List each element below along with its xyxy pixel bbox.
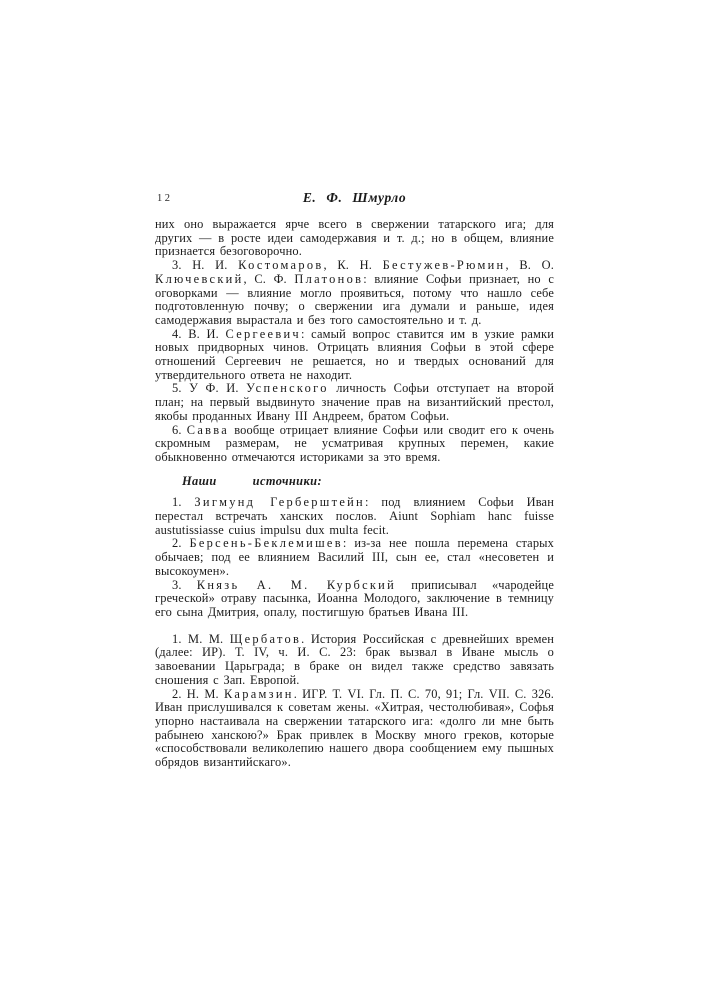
text-run: 5. У Ф. И. [172,381,246,395]
paragraph: них оно выражается ярче всего в свержени… [155,218,554,259]
section-heading: Нашиисточники: [155,475,554,489]
emphasized-name: Савва [187,423,229,437]
emphasized-name: Ключевский [155,272,244,286]
emphasized-name: Щербатов [230,632,301,646]
emphasized-name: Бестужев-Рюмин [383,258,506,272]
paragraph: 6. Савва вообще отрицает влияние Софьи и… [155,424,554,465]
page-body: них оно выражается ярче всего в свержени… [155,218,554,770]
page-number: 12 [157,193,173,204]
paragraph: 3. Князь А. М. Курбский приписывал «чаро… [155,579,554,620]
text-run: 3. [172,578,197,592]
emphasized-name: Зигмунд Герберштейн [194,495,365,509]
paragraph: 1. Зигмунд Герберштейн: под влиянием Соф… [155,496,554,537]
emphasized-name: Костомаров [238,258,323,272]
emphasized-name: Берсень-Беклемишев [189,536,342,550]
text-run: 4. В. И. [172,327,225,341]
text-run: , В. О. [506,258,555,272]
emphasized-name: Успенского [246,381,329,395]
text-run: , С. Ф. [244,272,295,286]
paragraph: 3. Н. И. Костомаров, К. Н. Бестужев-Рюми… [155,259,554,328]
text-run: 6. [172,423,187,437]
emphasized-name: Сергеевич [225,327,300,341]
emphasized-name: Карамзин [224,687,294,701]
heading-word: Наши [182,474,217,488]
running-header-author: Е. Ф. Шмурло [155,190,554,206]
text-run: 2. Н. М. [172,687,224,701]
text-run: , К. Н. [324,258,383,272]
running-header: 12 Е. Ф. Шмурло [155,190,554,208]
paragraph: 5. У Ф. И. Успенского личность Софьи отс… [155,382,554,423]
text-run: 2. [172,536,189,550]
text-run: 3. Н. И. [172,258,238,272]
heading-word: источники: [253,474,322,488]
book-page: 12 Е. Ф. Шмурло них оно выражается ярче … [0,0,707,1000]
paragraph: 1. М. М. Щербатов. История Российская с … [155,633,554,688]
paragraph: 2. Берсень-Беклемишев: из-за нее пошла п… [155,537,554,578]
emphasized-name: Платонов [294,272,363,286]
paragraph: 2. Н. М. Карамзин. ИГР. Т. VI. Гл. П. С.… [155,688,554,770]
text-run: 1. М. М. [172,632,230,646]
emphasized-name: Князь А. М. Курбский [197,578,396,592]
text-run: 1. [172,495,194,509]
text-run: них оно выражается ярче всего в свержени… [155,217,554,258]
paragraph: 4. В. И. Сергеевич: самый вопрос ставитс… [155,328,554,383]
